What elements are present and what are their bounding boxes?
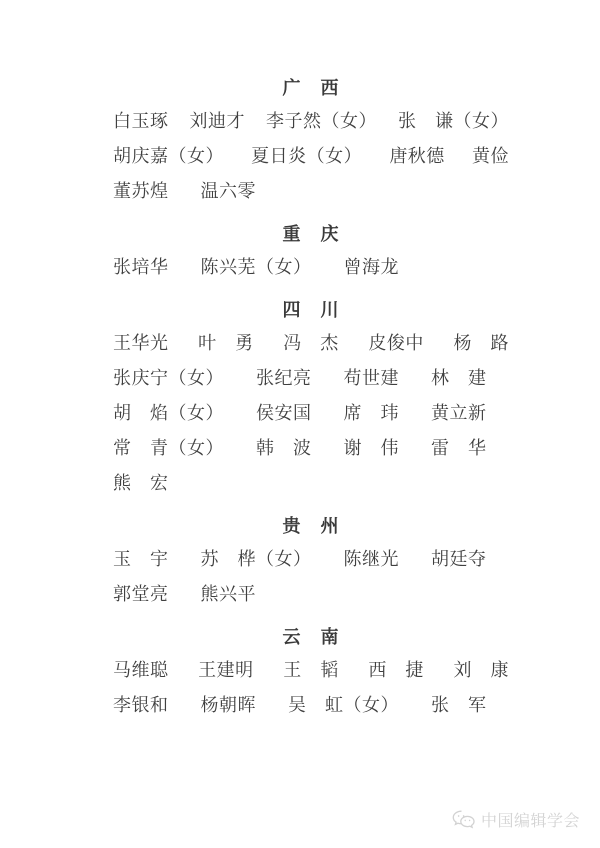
person-name: 谢 伟	[344, 438, 400, 459]
sections: 广 西白玉琢刘迪才李子然（女）张 谦（女）胡庆嘉（女）夏日炎（女）唐秋德黄俭董苏…	[113, 78, 509, 716]
person-name: 曾海龙	[344, 257, 400, 278]
person-name: 郭堂亮	[113, 584, 169, 605]
name-row: 胡 焰（女）侯安国席 玮黄立新	[113, 403, 509, 424]
person-name: 王 韬	[283, 660, 339, 681]
province-section: 云 南马维聪王建明王 韬西 捷刘 康李银和杨朝晖吴 虹（女）张 军	[113, 627, 509, 716]
person-name: 常 青（女）	[113, 438, 224, 459]
person-name: 李银和	[113, 695, 169, 716]
person-name: 侯安国	[256, 403, 312, 424]
person-name: 苏 桦（女）	[201, 549, 312, 570]
wechat-icon	[452, 810, 476, 830]
person-name: 董苏煌	[113, 181, 169, 202]
person-name: 马维聪	[113, 660, 169, 681]
person-name: 叶 勇	[198, 333, 254, 354]
person-name: 刘迪才	[190, 111, 246, 132]
person-name: 胡廷夺	[431, 549, 487, 570]
name-row: 郭堂亮熊兴平	[113, 584, 509, 605]
name-row: 王华光叶 勇冯 杰皮俊中杨 路	[113, 333, 509, 354]
document-page: 广 西白玉琢刘迪才李子然（女）张 谦（女）胡庆嘉（女）夏日炎（女）唐秋德黄俭董苏…	[0, 0, 600, 848]
person-name: 林 建	[431, 368, 487, 389]
person-name: 张 军	[431, 695, 487, 716]
name-row: 熊 宏	[113, 473, 509, 494]
person-name: 张庆宁（女）	[113, 368, 224, 389]
person-name: 夏日炎（女）	[251, 146, 362, 167]
section-heading: 重 庆	[113, 224, 509, 245]
person-name: 韩 波	[256, 438, 312, 459]
person-name: 吴 虹（女）	[288, 695, 399, 716]
person-name: 王华光	[113, 333, 169, 354]
name-row: 董苏煌温六零	[113, 181, 509, 202]
person-name: 熊兴平	[201, 584, 257, 605]
person-name: 苟世建	[344, 368, 400, 389]
person-name: 刘 康	[454, 660, 510, 681]
person-name: 王建明	[198, 660, 254, 681]
person-name: 杨朝晖	[201, 695, 257, 716]
province-section: 重 庆张培华陈兴芜（女）曾海龙	[113, 224, 509, 278]
section-heading: 云 南	[113, 627, 509, 648]
section-heading: 贵 州	[113, 516, 509, 537]
person-name: 胡庆嘉（女）	[113, 146, 224, 167]
person-name: 李子然（女）	[266, 111, 377, 132]
person-name: 熊 宏	[113, 473, 169, 494]
person-name: 冯 杰	[283, 333, 339, 354]
watermark-label: 中国编辑学会	[481, 808, 580, 831]
person-name: 黄立新	[431, 403, 487, 424]
person-name: 皮俊中	[368, 333, 424, 354]
name-row: 白玉琢刘迪才李子然（女）张 谦（女）	[113, 111, 509, 132]
person-name: 陈继光	[344, 549, 400, 570]
section-heading: 四 川	[113, 300, 509, 321]
province-section: 广 西白玉琢刘迪才李子然（女）张 谦（女）胡庆嘉（女）夏日炎（女）唐秋德黄俭董苏…	[113, 78, 509, 202]
person-name: 白玉琢	[113, 111, 169, 132]
person-name: 张培华	[113, 257, 169, 278]
watermark: 中国编辑学会	[452, 808, 580, 831]
person-name: 张纪亮	[256, 368, 312, 389]
name-row: 张庆宁（女）张纪亮苟世建林 建	[113, 368, 509, 389]
person-name: 温六零	[201, 181, 257, 202]
person-name: 杨 路	[454, 333, 510, 354]
person-name: 张 谦（女）	[398, 111, 509, 132]
person-name: 雷 华	[431, 438, 487, 459]
person-name: 陈兴芜（女）	[201, 257, 312, 278]
province-section: 四 川王华光叶 勇冯 杰皮俊中杨 路张庆宁（女）张纪亮苟世建林 建胡 焰（女）侯…	[113, 300, 509, 494]
name-row: 张培华陈兴芜（女）曾海龙	[113, 257, 509, 278]
province-section: 贵 州玉 宇苏 桦（女）陈继光胡廷夺郭堂亮熊兴平	[113, 516, 509, 605]
person-name: 胡 焰（女）	[113, 403, 224, 424]
name-row: 马维聪王建明王 韬西 捷刘 康	[113, 660, 509, 681]
person-name: 西 捷	[368, 660, 424, 681]
name-row: 胡庆嘉（女）夏日炎（女）唐秋德黄俭	[113, 146, 509, 167]
person-name: 黄俭	[472, 146, 509, 167]
name-list-content: 广 西白玉琢刘迪才李子然（女）张 谦（女）胡庆嘉（女）夏日炎（女）唐秋德黄俭董苏…	[113, 78, 509, 738]
name-row: 李银和杨朝晖吴 虹（女）张 军	[113, 695, 509, 716]
person-name: 玉 宇	[113, 549, 169, 570]
person-name: 席 玮	[344, 403, 400, 424]
name-row: 玉 宇苏 桦（女）陈继光胡廷夺	[113, 549, 509, 570]
section-heading: 广 西	[113, 78, 509, 99]
name-row: 常 青（女）韩 波谢 伟雷 华	[113, 438, 509, 459]
person-name: 唐秋德	[389, 146, 445, 167]
